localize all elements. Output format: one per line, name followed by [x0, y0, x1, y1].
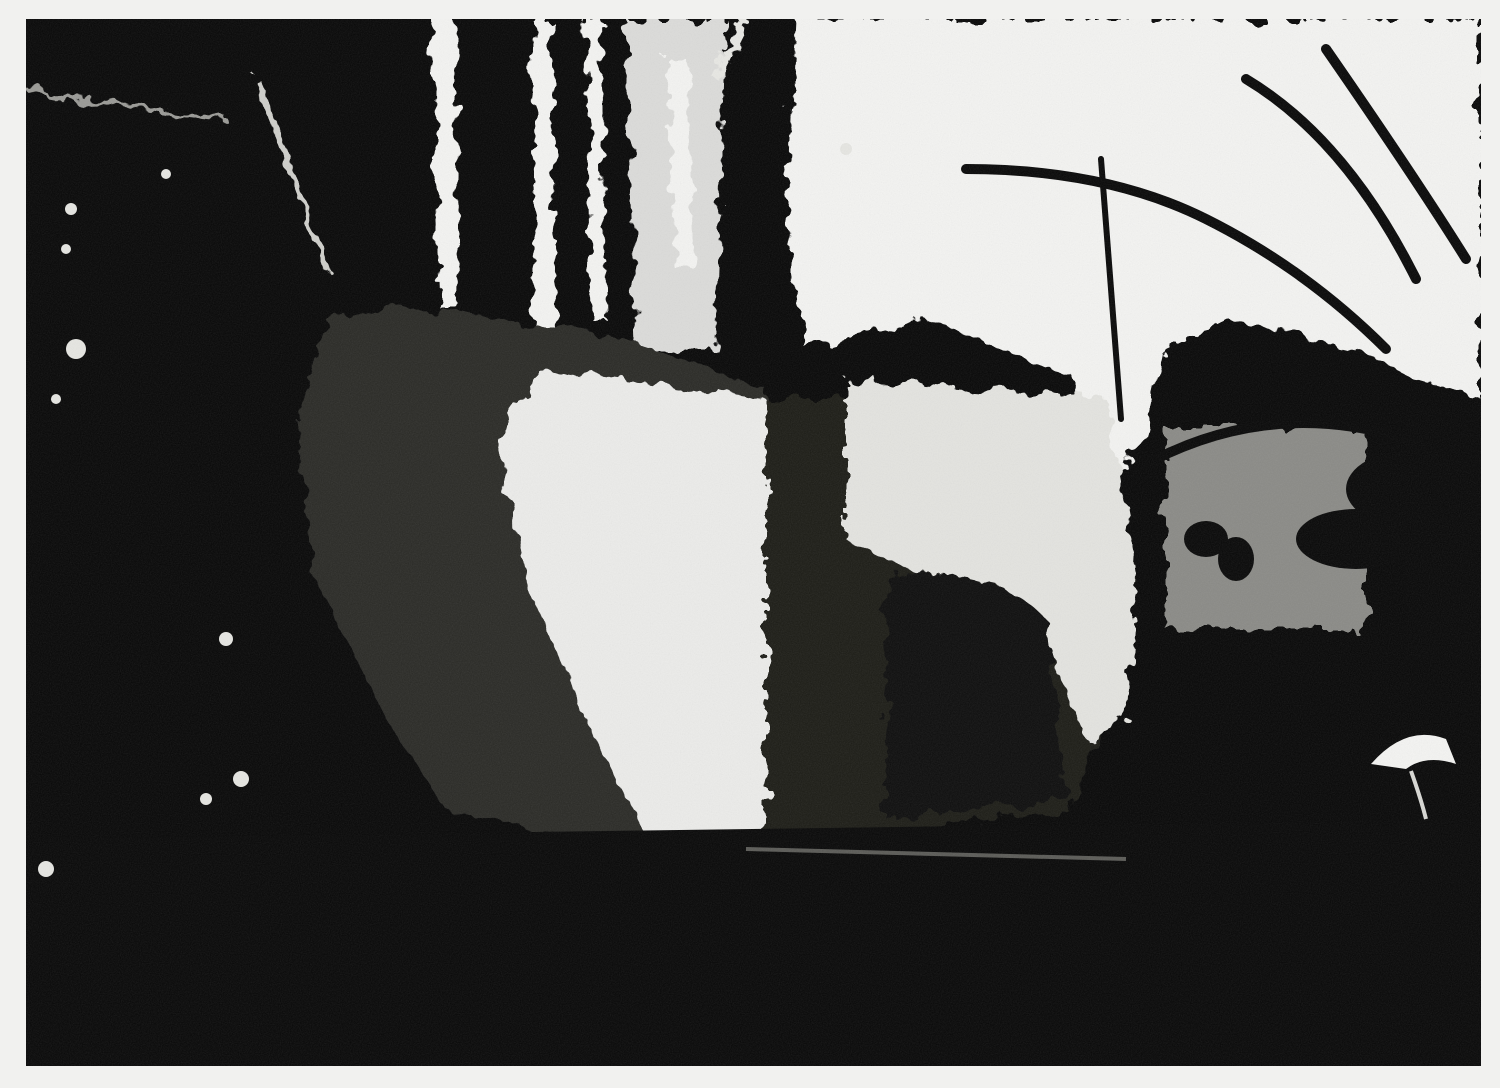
photograph — [26, 19, 1481, 1066]
photo-scene — [26, 19, 1481, 1066]
film-grain — [26, 19, 1481, 1066]
